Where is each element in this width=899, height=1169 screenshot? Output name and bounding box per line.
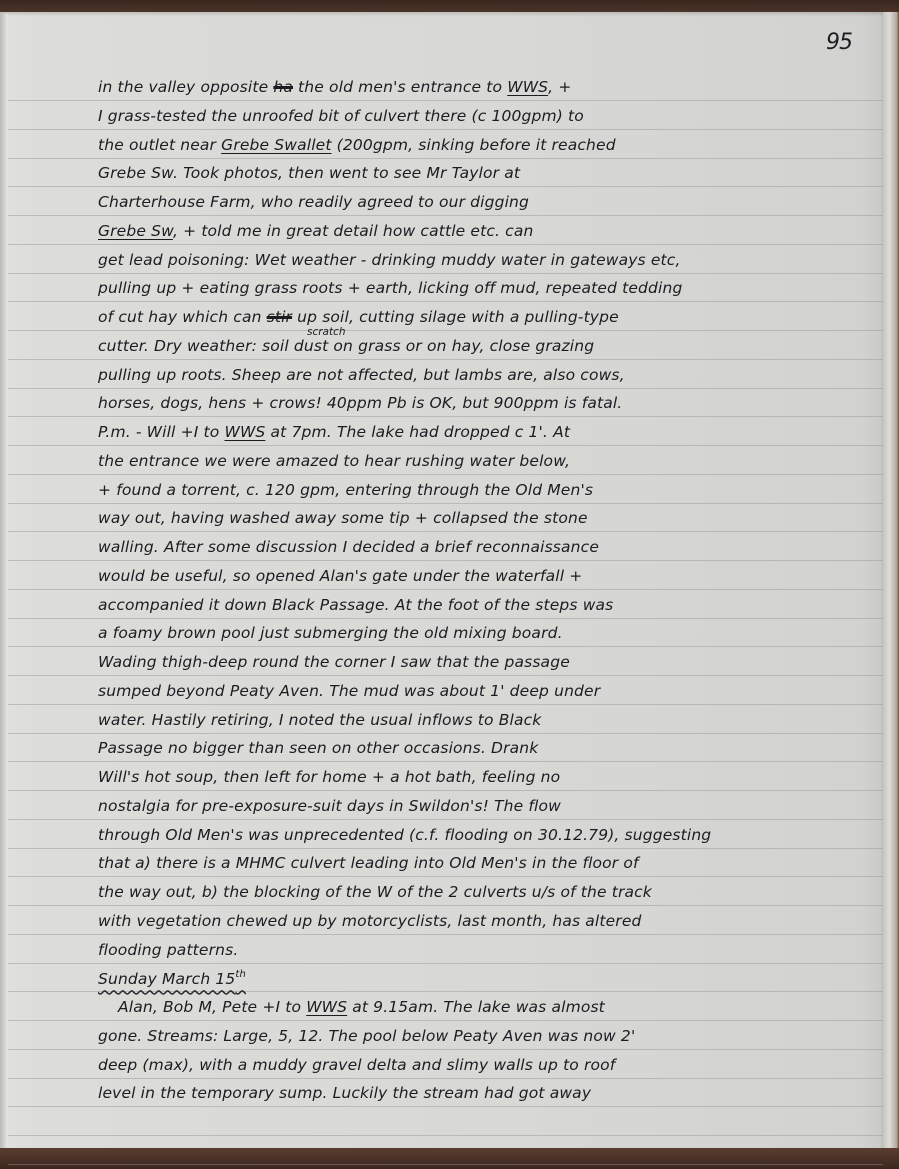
ruled-line [8, 388, 883, 389]
ruled-line [8, 301, 883, 302]
text-line: Passage no bigger than seen on other occ… [98, 739, 838, 757]
ruled-line [8, 186, 883, 187]
date-heading: Sunday March 15th [98, 969, 838, 988]
ruled-line [8, 215, 883, 216]
text-line: with vegetation chewed up by motorcyclis… [98, 912, 838, 930]
ruled-line [8, 704, 883, 705]
text-line: Charterhouse Farm, who readily agreed to… [98, 193, 838, 211]
book-cover-bottom [0, 1148, 899, 1169]
ruled-line [8, 963, 883, 964]
ruled-line [8, 531, 883, 532]
text-line: gone. Streams: Large, 5, 12. The pool be… [98, 1027, 838, 1045]
text-line: walling. After some discussion I decided… [98, 538, 838, 556]
ruled-line [8, 848, 883, 849]
ruled-line [8, 991, 883, 992]
text-line: the outlet near Grebe Swallet (200gpm, s… [98, 136, 838, 154]
text-line: Wading thigh-deep round the corner I saw… [98, 653, 838, 671]
ruled-line [8, 589, 883, 590]
text-line: water. Hastily retiring, I noted the usu… [98, 711, 838, 729]
ruled-line [8, 733, 883, 734]
text-line: Grebe Sw. Took photos, then went to see … [98, 164, 838, 182]
page-gutter-edge [0, 14, 8, 1148]
text-line: Grebe Sw, + told me in great detail how … [98, 222, 838, 240]
page-number: 95 [826, 30, 852, 55]
text-line: deep (max), with a muddy gravel delta an… [98, 1056, 838, 1074]
ruled-line [8, 1020, 883, 1021]
ruled-line [8, 158, 883, 159]
text-line: Alan, Bob M, Pete +I to WWS at 9.15am. T… [118, 998, 858, 1016]
text-line: I grass-tested the unroofed bit of culve… [98, 107, 838, 125]
ruled-line [8, 1078, 883, 1079]
text-line: a foamy brown pool just submerging the o… [98, 624, 838, 642]
text-line: horses, dogs, hens + crows! 40ppm Pb is … [98, 394, 838, 412]
text-line: P.m. - Will +I to WWS at 7pm. The lake h… [98, 423, 838, 441]
text-line: pulling up + eating grass roots + earth,… [98, 279, 838, 297]
text-line: nostalgia for pre-exposure-suit days in … [98, 797, 838, 815]
text-line: that a) there is a MHMC culvert leading … [98, 854, 838, 872]
ruled-line [8, 761, 883, 762]
text-line: level in the temporary sump. Luckily the… [98, 1084, 838, 1102]
text-line: the way out, b) the blocking of the W of… [98, 883, 838, 901]
ruled-line [8, 1049, 883, 1050]
ruled-line [8, 474, 883, 475]
ruled-line [8, 905, 883, 906]
ruled-line [8, 416, 883, 417]
crossed-out-word: stir [267, 308, 292, 326]
crossed-out-word: ha [273, 78, 293, 96]
ruled-line [8, 445, 883, 446]
text-line: way out, having washed away some tip + c… [98, 509, 838, 527]
text-line: sumped beyond Peaty Aven. The mud was ab… [98, 682, 838, 700]
ruled-line [8, 330, 883, 331]
ruled-line [8, 100, 883, 101]
ruled-line [8, 618, 883, 619]
text-line: the entrance we were amazed to hear rush… [98, 452, 838, 470]
ruled-line [8, 503, 883, 504]
text-line: Will's hot soup, then left for home + a … [98, 768, 838, 786]
text-line: pulling up roots. Sheep are not affected… [98, 366, 838, 384]
text-line: through Old Men's was unprecedented (c.f… [98, 826, 838, 844]
ruled-line [8, 359, 883, 360]
text-line: in the valley opposite ha the old men's … [98, 78, 838, 96]
text-line: cutter. Dry weather: soil dust on grass … [98, 337, 838, 355]
ruled-line [8, 646, 883, 647]
ruled-line [8, 1135, 883, 1136]
ruled-line [8, 675, 883, 676]
ruled-line [8, 273, 883, 274]
ruled-line [8, 876, 883, 877]
ruled-line [8, 129, 883, 130]
page-stack-edge [883, 12, 899, 1148]
ruled-line [8, 560, 883, 561]
text-line: flooding patterns. [98, 941, 838, 959]
text-line: + found a torrent, c. 120 gpm, entering … [98, 481, 838, 499]
ruled-line [8, 790, 883, 791]
ruled-line [8, 819, 883, 820]
text-line: accompanied it down Black Passage. At th… [98, 596, 838, 614]
ruled-line [8, 1106, 883, 1107]
text-line: get lead poisoning: Wet weather - drinki… [98, 251, 838, 269]
text-line: of cut hay which can stir up soil, cutti… [98, 308, 838, 326]
ruled-line [8, 934, 883, 935]
text-line: would be useful, so opened Alan's gate u… [98, 567, 838, 585]
ruled-line [8, 1164, 883, 1165]
ruled-line [8, 244, 883, 245]
